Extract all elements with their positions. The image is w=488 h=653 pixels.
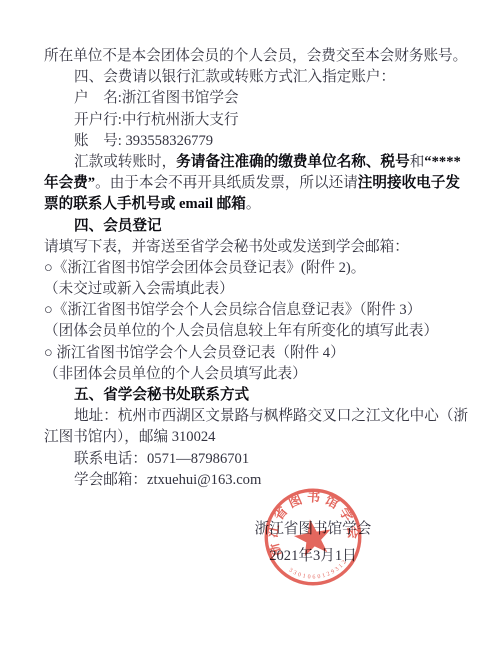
emphasis-text: 票的联系人手机号或 email 邮箱 <box>44 196 246 212</box>
text-segment: 学会邮箱：ztxuehui@163.com <box>74 472 261 488</box>
doc-line: （未交过或新入会需填此表） <box>44 279 460 300</box>
emphasis-text: 年会费” <box>44 175 95 191</box>
document-body: 所在单位不是本会团体会员的个人会员，会费交至本会财务账号。四、会费请以银行汇款或… <box>44 46 460 491</box>
text-segment: 四、会费请以银行汇款或转账方式汇入指定账户： <box>74 69 395 85</box>
text-segment: （非团体会员单位的个人会员填写此表） <box>44 366 307 382</box>
doc-line: 学会邮箱：ztxuehui@163.com <box>74 470 460 491</box>
text-segment: 所在单位不是本会团体会员的个人会员，会费交至本会财务账号。 <box>44 48 467 64</box>
doc-line: 账 号: 393558326779 <box>74 131 460 152</box>
text-segment: 江图书馆内），邮编 310024 <box>44 429 215 445</box>
doc-line: 江图书馆内），邮编 310024 <box>44 427 460 448</box>
doc-line: 所在单位不是本会团体会员的个人会员，会费交至本会财务账号。 <box>44 46 460 67</box>
doc-line: 联系电话：0571—87986701 <box>74 449 460 470</box>
doc-line: 票的联系人手机号或 email 邮箱。 <box>44 194 460 215</box>
doc-line: 年会费”。由于本会不再开具纸质发票，所以还请注明接收电子发 <box>44 173 460 194</box>
text-segment: 账 号: 393558326779 <box>74 133 213 149</box>
doc-line: 请填写下表，并寄送至省学会秘书处或发送到学会邮箱： <box>44 237 460 258</box>
text-segment: 。 <box>246 196 261 212</box>
text-segment: 联系电话：0571—87986701 <box>74 451 249 467</box>
doc-line: 汇款或转账时，务请备注准确的缴费单位名称、税号和“**** <box>74 152 460 173</box>
text-segment: 户 名:浙江省图书馆学会 <box>74 90 239 106</box>
doc-line: 地址：杭州市西湖区文景路与枫桦路交叉口之江文化中心（浙 <box>74 406 460 427</box>
emphasis-text: 务请备注准确的缴费单位名称、税号 <box>176 154 410 170</box>
doc-line: ○ 浙江省图书馆学会个人会员登记表（附件 4） <box>44 343 460 364</box>
document-page: 所在单位不是本会团体会员的个人会员，会费交至本会财务账号。四、会费请以银行汇款或… <box>0 0 488 653</box>
doc-line: 五、省学会秘书处联系方式 <box>74 385 460 406</box>
text-segment: ○《浙江省图书馆学会团体会员登记表》(附件 2)。 <box>44 260 365 276</box>
text-segment: ○《浙江省图书馆学会个人会员综合信息登记表》（附件 3） <box>44 302 421 318</box>
text-segment: 汇款或转账时， <box>74 154 176 170</box>
emphasis-text: 五、省学会秘书处联系方式 <box>74 387 249 403</box>
text-segment: 地址：杭州市西湖区文景路与枫桦路交叉口之江文化中心（浙 <box>74 408 468 424</box>
doc-line: （团体会员单位的个人会员信息较上年有所变化的填写此表） <box>44 321 460 342</box>
doc-line: ○《浙江省图书馆学会团体会员登记表》(附件 2)。 <box>44 258 460 279</box>
emphasis-text: 四、会员登记 <box>74 218 162 234</box>
doc-line: ○《浙江省图书馆学会个人会员综合信息登记表》（附件 3） <box>44 300 460 321</box>
doc-line: 开户行:中行杭州浙大支行 <box>74 110 460 131</box>
emphasis-text: “**** <box>424 154 460 170</box>
doc-line: 四、会费请以银行汇款或转账方式汇入指定账户： <box>74 67 460 88</box>
text-segment: 开户行:中行杭州浙大支行 <box>74 112 239 128</box>
doc-line: 四、会员登记 <box>74 216 460 237</box>
text-segment: 请填写下表，并寄送至省学会秘书处或发送到学会邮箱： <box>44 239 409 255</box>
text-segment: （未交过或新入会需填此表） <box>44 281 234 297</box>
text-segment: 和 <box>410 154 425 170</box>
text-segment: 。由于本会不再开具纸质发票，所以还请 <box>95 175 358 191</box>
seal-star-icon <box>292 516 335 557</box>
doc-line: 户 名:浙江省图书馆学会 <box>74 88 460 109</box>
official-seal: 浙江省图书馆学会 3301060129312 <box>254 478 372 596</box>
text-segment: ○ 浙江省图书馆学会个人会员登记表（附件 4） <box>44 345 345 361</box>
text-segment: （团体会员单位的个人会员信息较上年有所变化的填写此表） <box>44 323 438 339</box>
emphasis-text: 注明接收电子发 <box>358 175 460 191</box>
doc-line: （非团体会员单位的个人会员填写此表） <box>44 364 460 385</box>
